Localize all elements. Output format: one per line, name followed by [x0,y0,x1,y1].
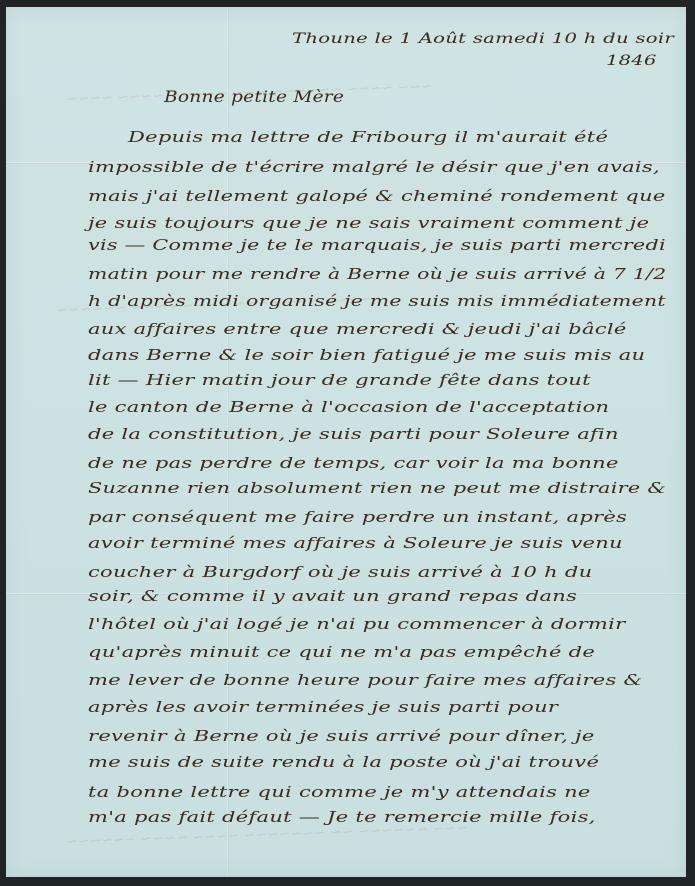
letter-line: me suis de suite rendu à la poste où j'a… [88,753,599,771]
salutation: Bonne petite Mère [164,87,344,106]
letter-line: soir, & comme il y avait un grand repas … [88,587,577,605]
letter-line: après les avoir terminées je suis parti … [88,698,558,716]
date-line: Thoune le 1 Août samedi 10 h du soir [292,31,674,47]
letter-line: le canton de Berne à l'occasion de l'acc… [88,398,609,416]
letter-line: par conséquent me faire perdre un instan… [88,508,627,526]
letter-line: m'a pas fait défaut — Je te remercie mil… [88,808,596,826]
letter-line: ta bonne lettre qui comme je m'y attenda… [88,783,591,801]
letter-line: mais j'ai tellement galopé & cheminé ron… [88,187,666,205]
letter-line: je suis toujours que je ne sais vraiment… [88,214,649,232]
letter-line: matin pour me rendre à Berne où je suis … [88,265,666,283]
letter-line: revenir à Berne où je suis arrivé pour d… [88,727,595,745]
year: 1846 [606,53,657,69]
letter-line: qu'après minuit ce qui ne m'a pas empêch… [88,643,595,661]
letter-line: l'hôtel où j'ai logé je n'ai pu commence… [88,615,625,633]
letter-line: impossible de t'écrire malgré le désir q… [88,158,660,176]
letter-line: Suzanne rien absolument rien ne peut me … [88,479,666,497]
letter-line: aux affaires entre que mercredi & jeudi … [88,320,627,338]
letter-line: de la constitution, je suis parti pour S… [88,425,619,443]
letter-line: avoir terminé mes affaires à Soleure je … [88,534,623,552]
letter-page: ~~~ ~~~~ ~~~~~~ ~~~ ~~~~~ ~~~~ ~~~~ ~~~~… [6,7,686,877]
letter-line: de ne pas perdre de temps, car voir la m… [88,454,619,472]
letter-line: lit — Hier matin jour de grande fête dan… [88,371,591,389]
letter-line: h d'après midi organisé je me suis mis i… [88,292,666,310]
letter-line: me lever de bonne heure pour faire mes a… [88,671,642,689]
letter-line: coucher à Burgdorf où je suis arrivé à 1… [88,563,592,581]
letter-line: vis — Comme je te le marquais, je suis p… [88,236,666,254]
letter-line: Depuis ma lettre de Fribourg il m'aurait… [128,128,608,146]
letter-line: dans Berne & le soir bien fatigué je me … [88,346,645,364]
